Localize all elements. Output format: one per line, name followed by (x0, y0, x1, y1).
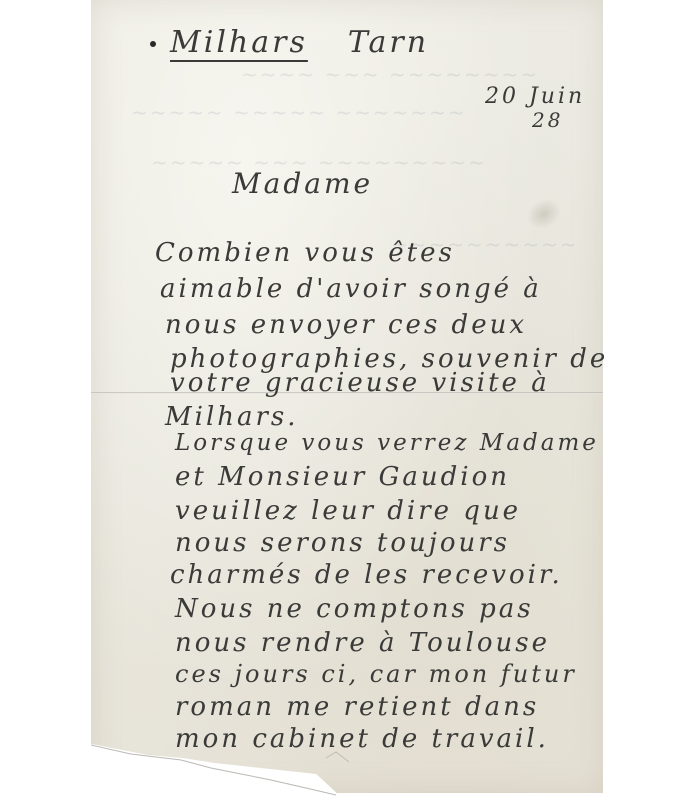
body-line: Milhars. (165, 404, 299, 430)
date-year: 28 (532, 110, 563, 130)
bleed-through-text: ~~~~ ~~~ ~~~~~~~~ (241, 62, 539, 86)
body-line: ces jours ci, car mon futur (175, 662, 577, 686)
body-line: roman me retient dans (175, 694, 539, 720)
body-line: et Monsieur Gaudion (175, 464, 510, 490)
body-line: votre gracieuse visite à (170, 370, 550, 396)
place-name: Milhars (170, 25, 308, 60)
body-line: mon cabinet de travail. (175, 726, 549, 752)
body-line: aimable d'avoir songé à (160, 276, 542, 302)
body-line: Lorsque vous verrez Madame (175, 432, 599, 455)
body-line: nous serons toujours (175, 530, 510, 556)
ink-smudge (521, 193, 566, 235)
region-name: Tarn (348, 25, 429, 60)
ink-dot (150, 41, 156, 47)
body-line: nous envoyer ces deux (165, 312, 527, 338)
date-day: 20 Juin (485, 86, 585, 108)
body-line: veuillez leur dire que (175, 498, 521, 524)
letter-heading: MilharsTarn (150, 28, 429, 58)
salutation: Madame (232, 170, 373, 198)
body-line: charmés de les recevoir. (170, 562, 563, 588)
body-line: Nous ne comptons pas (175, 596, 534, 622)
body-line: Combien vous êtes (155, 240, 455, 266)
body-line: nous rendre à Toulouse (175, 630, 550, 656)
bleed-through-text: ~~~~~ ~~~~~ ~~~~~~~ (131, 100, 467, 124)
